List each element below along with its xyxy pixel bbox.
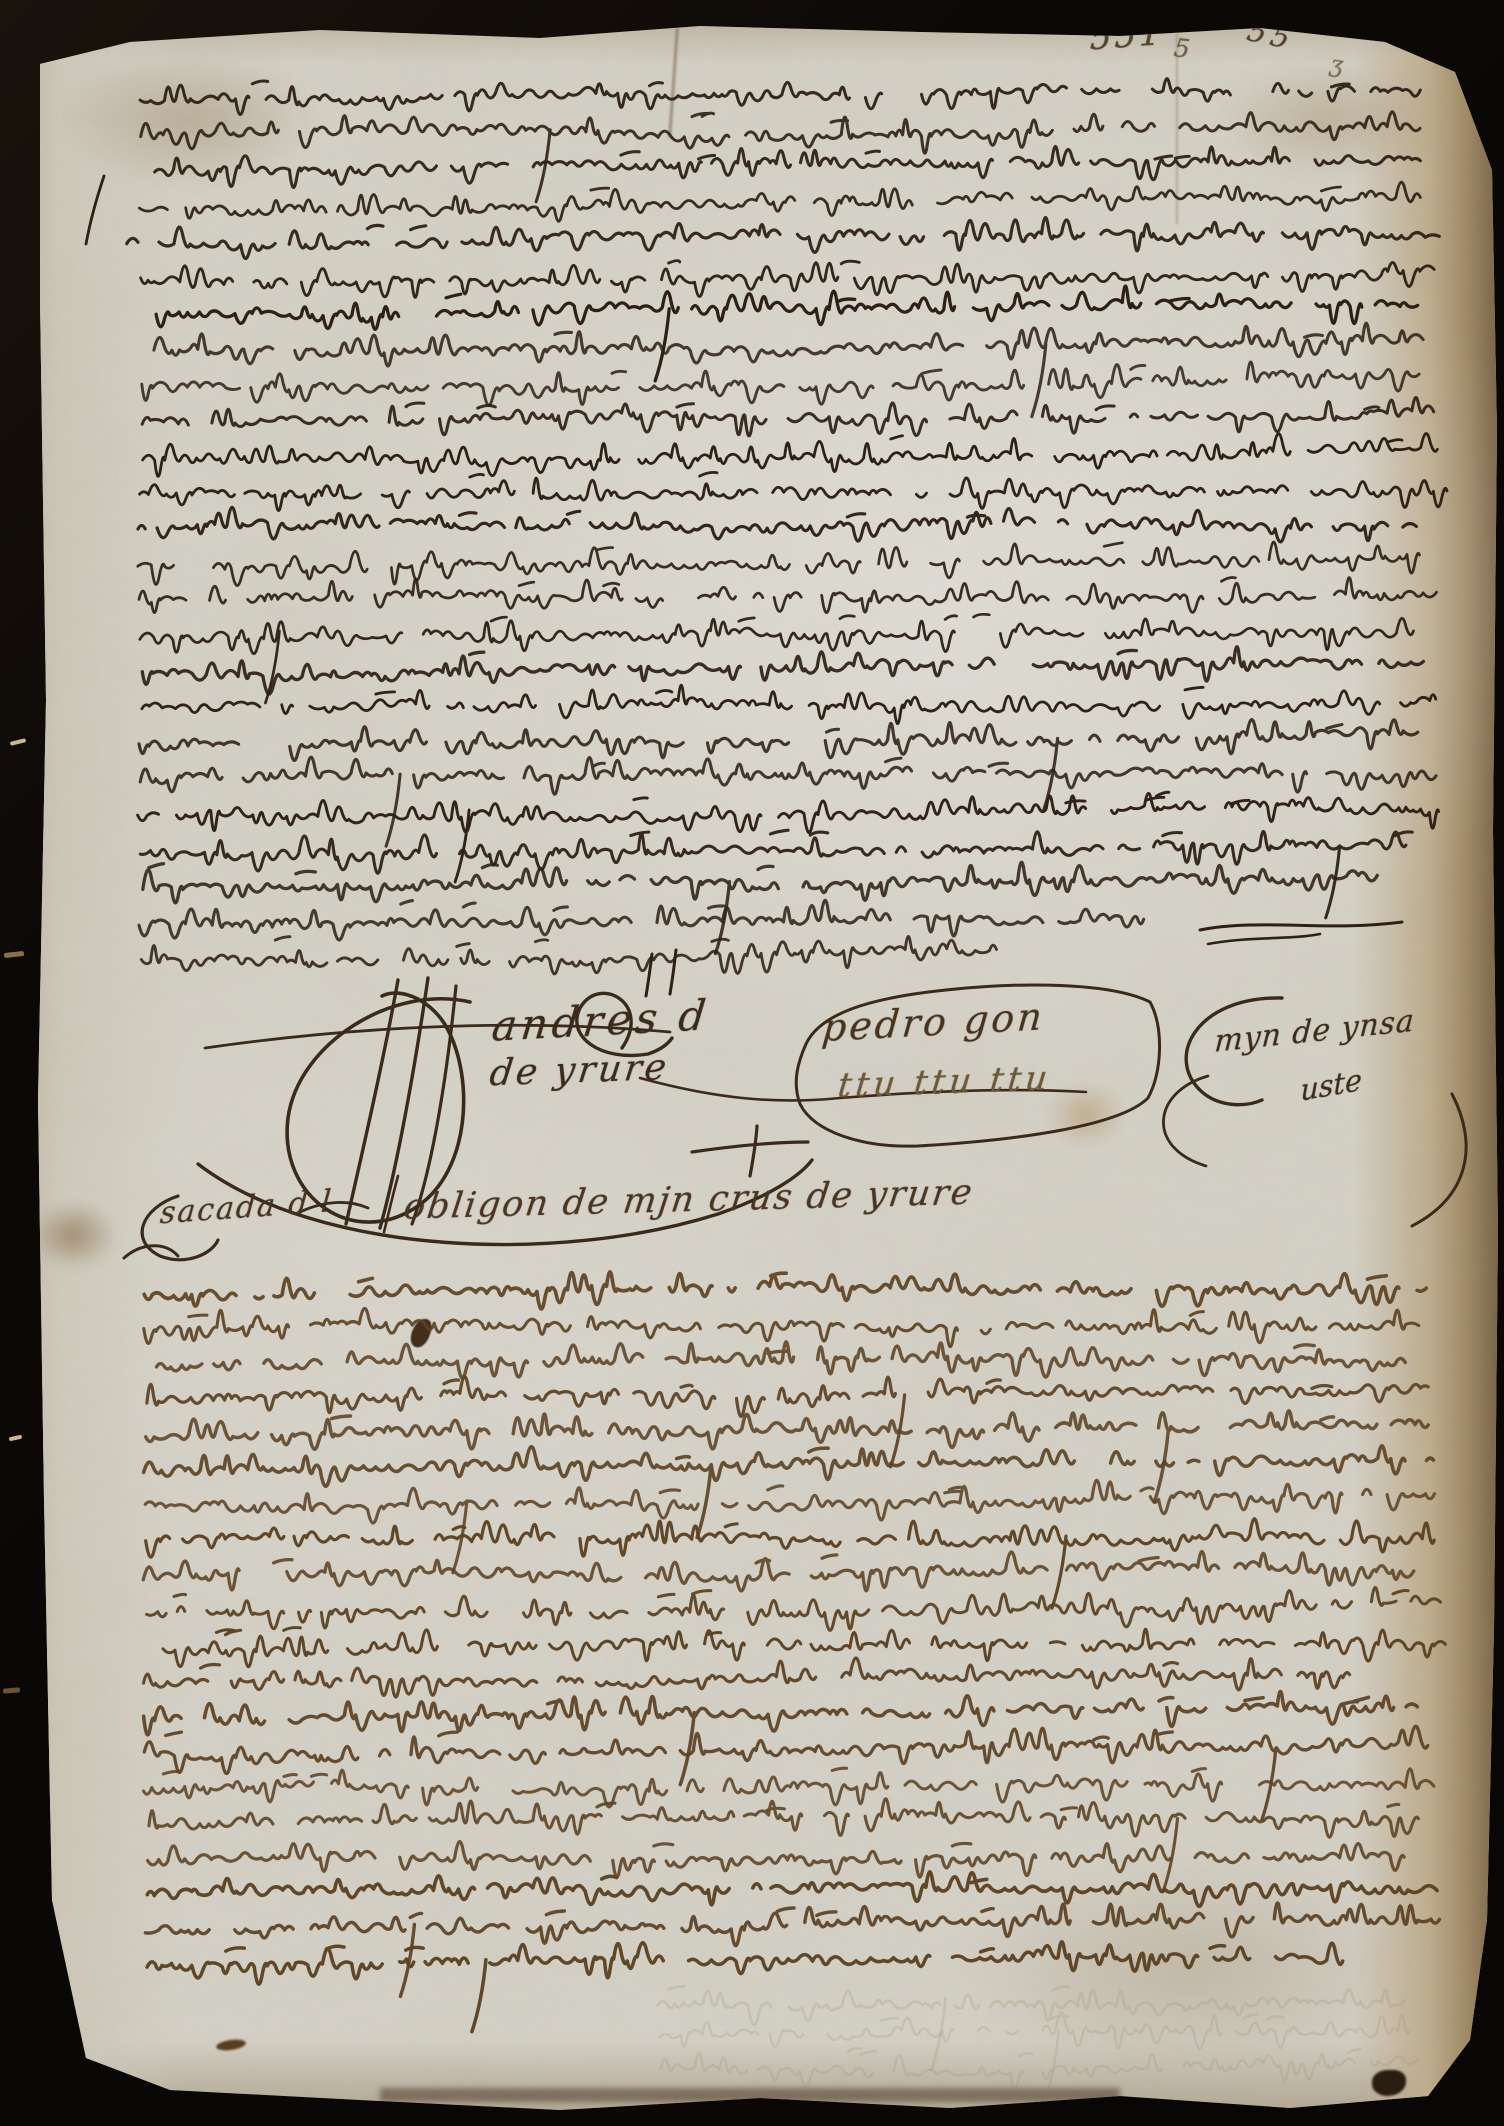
stitch-mark bbox=[10, 738, 26, 746]
section-heading: obligon de mjn crus de yrure bbox=[401, 1172, 976, 1227]
smudge-stain bbox=[1046, 1082, 1126, 1148]
manuscript-line bbox=[139, 900, 1144, 940]
manuscript-line bbox=[138, 792, 1439, 882]
manuscript-line bbox=[146, 1519, 1435, 1608]
manuscript-line bbox=[660, 2012, 1411, 2103]
ink-blot bbox=[408, 1316, 434, 1350]
verso-show-through-stain bbox=[960, 1860, 1420, 2080]
manuscript-line bbox=[140, 472, 1448, 510]
manuscript-line bbox=[139, 720, 1418, 811]
manuscript-line bbox=[145, 1903, 1439, 1996]
manuscript-line bbox=[141, 937, 996, 974]
manuscript-line bbox=[163, 1628, 1445, 1667]
handwriting-layer bbox=[0, 0, 1504, 2126]
manuscript-line bbox=[142, 398, 1434, 436]
manuscript-line bbox=[142, 685, 1436, 723]
manuscript-line bbox=[138, 507, 1416, 541]
margin-slash bbox=[86, 176, 104, 244]
manuscript-line bbox=[143, 1552, 1414, 1591]
manuscript-line bbox=[147, 1377, 1428, 1467]
manuscript-line bbox=[144, 1308, 1419, 1346]
manuscript-line bbox=[147, 1588, 1441, 1631]
rubric-stroke bbox=[346, 980, 398, 1224]
manuscript-line bbox=[147, 1942, 1343, 2032]
manuscript-line bbox=[144, 1446, 1434, 1538]
manuscript-line bbox=[138, 542, 1420, 586]
manuscript-line bbox=[140, 757, 1436, 846]
ink-blot bbox=[1372, 2070, 1406, 2096]
top-right-stain bbox=[1220, 60, 1440, 180]
manuscript-line bbox=[147, 1872, 1437, 1906]
signature-left-name: andres d bbox=[490, 990, 713, 1051]
signature-center-marks: ttu ttu ttu bbox=[836, 1058, 1053, 1106]
right-paren-flourish bbox=[1412, 1094, 1466, 1226]
folio-number: 551 bbox=[1089, 13, 1164, 58]
paper-mottling bbox=[0, 0, 1504, 2126]
cross-mark bbox=[692, 1142, 808, 1152]
manuscript-line bbox=[146, 1411, 1429, 1502]
manuscript-line bbox=[144, 1692, 1418, 1785]
end-underline bbox=[1208, 934, 1320, 944]
edge-stain bbox=[28, 1200, 118, 1270]
manuscript-line bbox=[145, 1480, 1434, 1572]
corner-stain bbox=[60, 50, 320, 190]
manuscript-line bbox=[155, 147, 1421, 188]
manuscript-line bbox=[141, 261, 1435, 298]
manuscript-line bbox=[144, 1658, 1350, 1697]
manuscript-line bbox=[141, 112, 1420, 202]
text-block-2 bbox=[143, 1272, 1445, 2032]
manuscript-line bbox=[156, 286, 1418, 381]
descender-strokes bbox=[646, 950, 676, 996]
signature-center-name: pedro gon bbox=[820, 994, 1047, 1050]
signature-flourishes bbox=[86, 176, 1466, 1260]
signature-right-name: myn de ynsa bbox=[1213, 1003, 1416, 1059]
margin-note: sacada d l bbox=[159, 1184, 335, 1231]
bottom-edge-smudge bbox=[380, 2088, 1120, 2102]
corner-mark: 5 bbox=[1173, 33, 1192, 64]
corner-mark: 55 bbox=[1243, 14, 1299, 56]
manuscript-line bbox=[144, 1272, 1426, 1309]
manuscript-line bbox=[140, 79, 1420, 115]
signature-left-surname: de yrure bbox=[488, 1047, 672, 1094]
paragraph-opener-curl bbox=[124, 1246, 178, 1258]
manuscript-line bbox=[661, 2048, 1418, 2089]
manuscript-line bbox=[143, 433, 1438, 476]
manuscript-line bbox=[144, 1726, 1428, 1820]
manuscript-line bbox=[143, 862, 1378, 953]
ink-blot bbox=[215, 2038, 246, 2052]
manuscript-line bbox=[658, 1986, 1405, 2070]
manuscript-line bbox=[140, 614, 1414, 703]
manuscript-line bbox=[154, 323, 1423, 416]
cross-mark bbox=[750, 1126, 757, 1176]
paper-crease bbox=[668, 28, 679, 138]
manuscript-line bbox=[139, 577, 1437, 612]
manuscript-page: 551 5 55 ʒ andres d de yrure pedro gon t… bbox=[0, 0, 1504, 2126]
binding-gutter bbox=[0, 0, 40, 2126]
manuscript-line bbox=[149, 1799, 1418, 1891]
manuscript-line bbox=[144, 1768, 1434, 1807]
manuscript-line bbox=[148, 1842, 1405, 1877]
text-block-1 bbox=[127, 79, 1447, 974]
verso-show-through bbox=[658, 1986, 1418, 2103]
manuscript-text-lines bbox=[127, 79, 1447, 2103]
manuscript-line bbox=[140, 830, 1412, 918]
manuscript-line bbox=[127, 218, 1440, 259]
manuscript-line bbox=[139, 182, 1420, 221]
end-underline bbox=[1200, 922, 1402, 930]
scan-background: 551 5 55 ʒ andres d de yrure pedro gon t… bbox=[0, 0, 1504, 2126]
manuscript-line bbox=[157, 1342, 1406, 1378]
right-paren-flourish bbox=[1163, 1076, 1208, 1166]
stitch-mark bbox=[9, 1435, 23, 1442]
manuscript-line bbox=[142, 362, 1419, 405]
heading-slash bbox=[384, 1176, 398, 1232]
manuscript-line bbox=[142, 647, 1423, 694]
stitch-mark bbox=[3, 1687, 20, 1693]
corner-mark: ʒ bbox=[1328, 51, 1344, 79]
paper-grain bbox=[0, 0, 1504, 2126]
signature-right-suffix: uste bbox=[1300, 1062, 1361, 1107]
stitch-mark bbox=[4, 951, 24, 958]
